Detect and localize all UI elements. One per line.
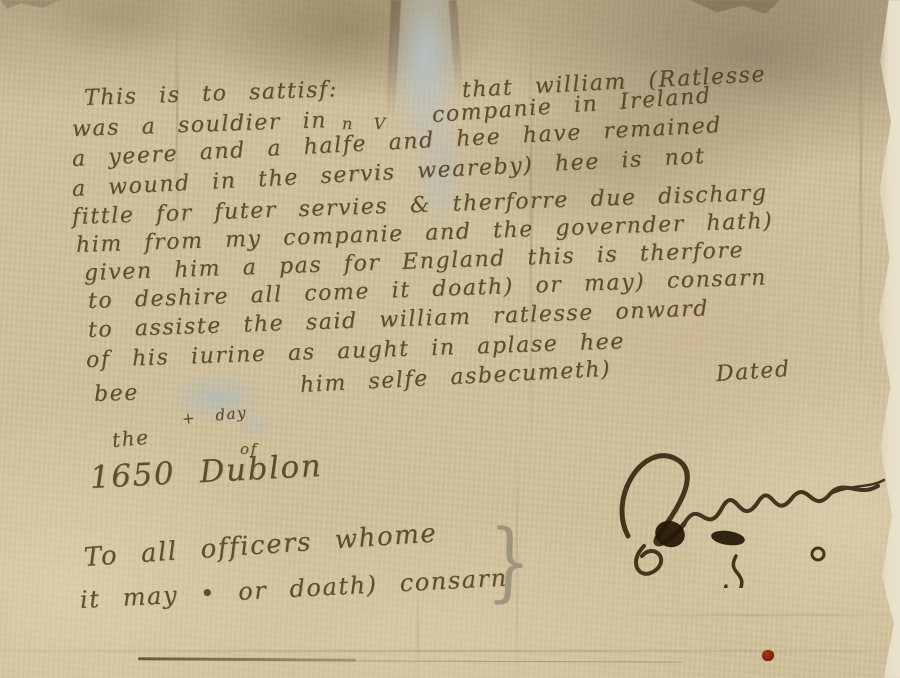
scribe-brace-mark: }: [486, 511, 533, 612]
signature-flourish: [608, 418, 890, 588]
fold-crease-horizontal-right: [620, 614, 900, 616]
manuscript-line: This is to sattisf:: [84, 77, 339, 111]
manuscript-scan: This is to sattisf:that william (Ratless…: [0, 0, 900, 678]
tear-crack-top-center: [385, 0, 401, 120]
manuscript-line: + day: [181, 403, 248, 428]
tear-notch-top-right: [690, 0, 780, 14]
tear-notch-top-left: [0, 0, 60, 10]
fold-crease-vertical-bottom: [417, 590, 419, 678]
manuscript-line: 1650 Dublon: [89, 448, 323, 496]
manuscript-line: To all officers whome: [83, 518, 438, 573]
manuscript-line: it may • or doath) consarn: [79, 564, 508, 614]
wax-spot: [762, 650, 774, 661]
manuscript-line: Dated: [715, 357, 791, 387]
fold-crease-vertical-right: [860, 0, 862, 360]
pen-stroke-underline: [138, 657, 356, 662]
manuscript-line: bee: [94, 380, 140, 407]
pen-stroke-underline-faint: [352, 660, 682, 662]
manuscript-line: the: [111, 425, 151, 452]
